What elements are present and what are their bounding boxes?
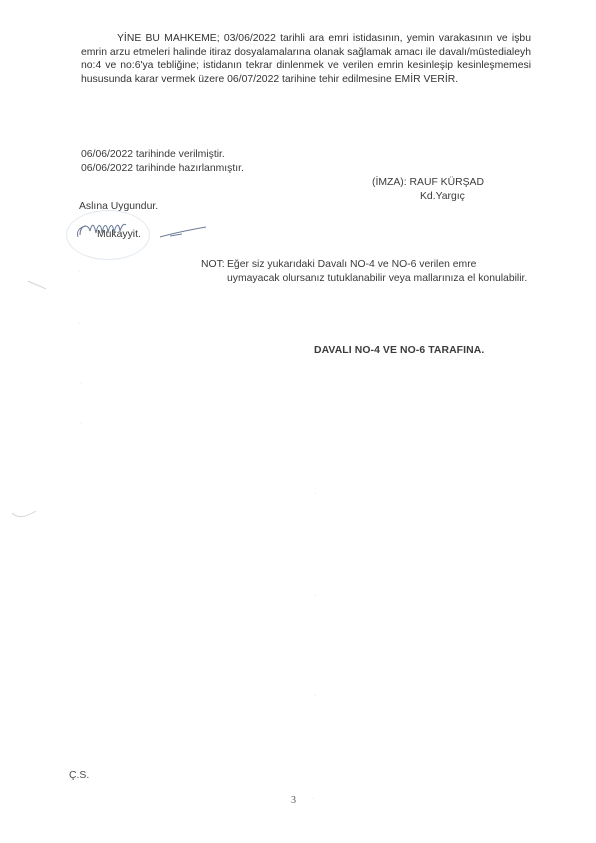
scan-speck: · bbox=[312, 795, 314, 802]
typist-initials: Ç.S. bbox=[69, 770, 89, 781]
warning-note: NOT: Eğer siz yukarıdaki Davalı NO-4 ve … bbox=[201, 258, 531, 285]
judge-signature-block: (İMZA): RAUF KÜRŞAD Kd.Yargıç bbox=[372, 176, 484, 203]
paragraph-lead: YİNE BU MAHKEME; bbox=[117, 33, 220, 44]
clerk-label: Mukayyit. bbox=[97, 229, 141, 240]
margin-mark-icon bbox=[26, 278, 50, 292]
court-order-paragraph: YİNE BU MAHKEME; 03/06/2022 tarihli ara … bbox=[81, 32, 531, 86]
judge-title: Kd.Yargıç bbox=[372, 190, 484, 204]
issue-dates: 06/06/2022 tarihinde verilmiştir. 06/06/… bbox=[81, 148, 244, 175]
page-number: 3 bbox=[291, 795, 296, 806]
scan-speck: · bbox=[314, 592, 316, 599]
document-page: YİNE BU MAHKEME; 03/06/2022 tarihli ara … bbox=[0, 0, 596, 843]
addressee-line: DAVALI NO-4 VE NO-6 TARAFINA. bbox=[314, 345, 484, 356]
scan-speck: · bbox=[78, 320, 80, 327]
scan-speck: · bbox=[314, 490, 316, 497]
margin-mark-icon bbox=[10, 505, 40, 521]
issued-date-line: 06/06/2022 tarihinde verilmiştir. bbox=[81, 148, 244, 162]
signature-line: (İMZA): RAUF KÜRŞAD bbox=[372, 177, 484, 188]
scan-speck: · bbox=[80, 420, 82, 427]
handwritten-signature-icon bbox=[74, 217, 214, 245]
scan-speck: · bbox=[80, 380, 82, 387]
certified-copy-label: Aslına Uygundur. bbox=[79, 201, 158, 212]
scan-speck: · bbox=[78, 268, 80, 275]
note-text: Eğer siz yukarıdaki Davalı NO-4 ve NO-6 … bbox=[227, 258, 531, 285]
prepared-date-line: 06/06/2022 tarihinde hazırlanmıştır. bbox=[81, 162, 244, 176]
scan-speck: · bbox=[314, 692, 316, 699]
note-label: NOT: bbox=[201, 258, 225, 272]
